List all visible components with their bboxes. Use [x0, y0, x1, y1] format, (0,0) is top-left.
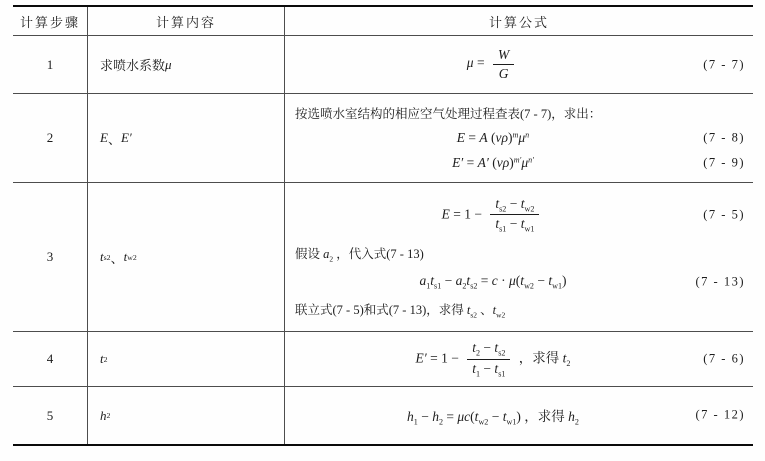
math-token: · — [498, 273, 509, 288]
formula-line: a1ts1 − a2ts2 = c · μ(tw2 − tw1) (7 - 13… — [285, 272, 753, 292]
math-token: A′ — [478, 155, 489, 170]
math-token: s2 — [498, 348, 505, 357]
equation: E = A (vρ)mμn — [457, 130, 529, 146]
math-token: − — [480, 340, 494, 355]
header-cell-step: 计算步骤 — [13, 7, 87, 35]
math-token: w2 — [524, 204, 534, 213]
math-token: μ — [509, 273, 516, 288]
formula-line: E = A (vρ)mμn (7 - 8) — [285, 129, 753, 147]
equation: E′ = A′ (vρ)m′μn′ — [452, 155, 534, 171]
math-token: ，代入式(7 - 13) — [333, 247, 424, 261]
header-cell-content: 计算内容 — [87, 7, 285, 35]
math-token: vρ — [497, 155, 509, 170]
math-token: − — [480, 361, 494, 376]
math-token: = — [474, 56, 488, 71]
math-token: w2 — [496, 310, 505, 319]
equation: a1ts1 − a2ts2 = c · μ(tw2 − tw1) — [419, 273, 566, 291]
equation: h1 − h2 = μc(tw2 − tw1) ，求得 h2 — [407, 405, 579, 427]
math-token: w1 — [552, 282, 562, 291]
equation-number: (7 - 12) — [696, 408, 746, 423]
step-cell: 5 — [13, 387, 87, 444]
formula-line: E′ = A′ (vρ)m′μn′ (7 - 9) — [285, 154, 753, 172]
math-token: = 1 − — [427, 350, 462, 365]
formula-note: 按选喷水室结构的相应空气处理过程查表(7 - 7)，求出： — [285, 104, 753, 122]
math-token: = — [465, 130, 479, 145]
equation-number: (7 - 7) — [703, 57, 745, 72]
math-token: n — [525, 131, 529, 140]
math-token: w2 — [524, 282, 534, 291]
equation-number: (7 - 6) — [703, 352, 745, 367]
step-cell: 4 — [13, 332, 87, 386]
math-token: 、 — [477, 303, 493, 317]
math-token: μc — [457, 409, 470, 424]
math-token: h — [407, 409, 414, 424]
math-token: w2 — [478, 417, 488, 426]
step-cell: 1 — [13, 36, 87, 93]
equation-number: (7 - 5) — [703, 207, 745, 222]
table-header-row: 计算步骤 计算内容 计算公式 — [13, 7, 753, 36]
math-token: E′ — [452, 155, 463, 170]
formula-cell: 按选喷水室结构的相应空气处理过程查表(7 - 7)，求出： E = A (vρ)… — [285, 94, 753, 182]
math-token: w1 — [524, 225, 534, 234]
fraction: t2 − ts2t1 − ts1 — [467, 340, 510, 379]
fraction: WG — [493, 47, 514, 81]
content-cell: 求喷水系数 μ — [87, 36, 285, 93]
formula-line: μ = WG (7 - 7) — [285, 46, 753, 82]
formula-cell: h1 − h2 = μc(tw2 − tw1) ，求得 h2 (7 - 12) — [285, 387, 753, 444]
formula-cell: E = 1 − ts2 − tw2ts1 − tw1 (7 - 5) 假设 a2… — [285, 183, 753, 331]
math-token: − — [441, 273, 455, 288]
table-row: 5 h2 h1 − h2 = μc(tw2 − tw1) ，求得 h2 (7 -… — [13, 387, 753, 444]
math-token: ( — [489, 155, 497, 170]
content-cell: t2 — [87, 332, 285, 386]
math-token: vρ — [496, 130, 508, 145]
math-token: E — [100, 130, 108, 146]
math-token: n′ — [528, 156, 534, 165]
math-token: 按选喷水室结构的相应空气处理过程查表(7 - 7)，求出： — [295, 107, 601, 121]
math-token: = 1 − — [450, 206, 485, 221]
equation-number: (7 - 8) — [703, 131, 745, 146]
fraction: ts2 − tw2ts1 − tw1 — [490, 196, 539, 235]
math-token: 联立式(7 - 5)和式(7 - 13)，求得 — [295, 303, 467, 317]
math-token: − — [488, 409, 502, 424]
formula-note: 假设 a2 ，代入式(7 - 13) — [285, 244, 753, 263]
math-token: W — [498, 47, 509, 62]
math-token: w2 — [127, 253, 137, 262]
math-token: E — [457, 130, 465, 145]
math-token: − — [506, 196, 520, 211]
math-token: = — [443, 409, 457, 424]
formula-cell: μ = WG (7 - 7) — [285, 36, 753, 93]
math-token: w1 — [506, 417, 516, 426]
formula-line: E = 1 − ts2 − tw2ts1 − tw1 (7 - 5) — [285, 195, 753, 236]
math-token: 2 — [575, 417, 579, 426]
math-token: ) — [562, 273, 567, 288]
content-cell: h2 — [87, 387, 285, 444]
math-token: μ — [467, 56, 474, 71]
math-token: − — [534, 273, 548, 288]
step-cell: 2 — [13, 94, 87, 182]
table-row: 2 E 、E′ 按选喷水室结构的相应空气处理过程查表(7 - 7)，求出： E … — [13, 94, 753, 183]
table-row: 4 t2 E′ = 1 − t2 − ts2t1 − ts1 ，求得 t2 (7… — [13, 332, 753, 387]
table-row: 1 求喷水系数 μ μ = WG (7 - 7) — [13, 36, 753, 94]
math-token: ) ，求得 — [516, 409, 568, 424]
calculation-steps-table: 计算步骤 计算内容 计算公式 1 求喷水系数 μ μ = WG (7 - 7) … — [13, 5, 753, 446]
equation-number: (7 - 9) — [703, 156, 745, 171]
math-token: E — [442, 206, 450, 221]
equation: E′ = 1 − t2 − ts2t1 − ts1 ，求得 t2 — [416, 340, 571, 379]
equation: E = 1 − ts2 − tw2ts1 − tw1 — [442, 196, 545, 235]
math-token: s2 — [470, 310, 477, 319]
content-cell: ts2 、tw2 — [87, 183, 285, 331]
math-token: 、 — [108, 129, 121, 148]
math-token: 、 — [111, 248, 124, 267]
math-token: = — [463, 155, 477, 170]
content-cell: E 、E′ — [87, 94, 285, 182]
formula-line: E′ = 1 − t2 − ts2t1 − ts1 ，求得 t2 (7 - 6) — [285, 339, 753, 380]
math-token: 2 — [107, 411, 111, 420]
table-row: 3 ts2 、tw2 E = 1 − ts2 − tw2ts1 − tw1 (7… — [13, 183, 753, 332]
formula-cell: E′ = 1 − t2 − ts2t1 − ts1 ，求得 t2 (7 - 6) — [285, 332, 753, 386]
scanned-table-page: 计算步骤 计算内容 计算公式 1 求喷水系数 μ μ = WG (7 - 7) … — [0, 0, 765, 461]
math-token: h — [432, 409, 439, 424]
math-token: μ — [165, 57, 172, 73]
math-token: 2 — [566, 359, 570, 368]
formula-note: 联立式(7 - 5)和式(7 - 13)，求得 ts2 、tw2 — [285, 300, 753, 319]
math-token: E′ — [416, 350, 427, 365]
math-token: − — [506, 216, 520, 231]
math-token: = — [477, 273, 491, 288]
math-token: 假设 — [295, 247, 323, 261]
math-token: s2 — [104, 253, 111, 262]
step-cell: 3 — [13, 183, 87, 331]
math-token: E′ — [121, 130, 132, 146]
math-token: ，求得 — [515, 350, 562, 365]
header-cell-formula: 计算公式 — [285, 7, 753, 35]
formula-line: h1 − h2 = μc(tw2 − tw1) ，求得 h2 (7 - 12) — [285, 404, 753, 428]
math-token: 求喷水系数 — [100, 55, 165, 74]
equation-number: (7 - 13) — [696, 274, 746, 289]
math-token: − — [418, 409, 432, 424]
math-token: s1 — [498, 369, 505, 378]
math-token: G — [499, 66, 509, 81]
math-token: A — [479, 130, 487, 145]
math-token: h — [568, 409, 575, 424]
math-token: 2 — [104, 355, 108, 364]
equation: μ = WG — [467, 47, 519, 81]
math-token: ( — [488, 130, 496, 145]
